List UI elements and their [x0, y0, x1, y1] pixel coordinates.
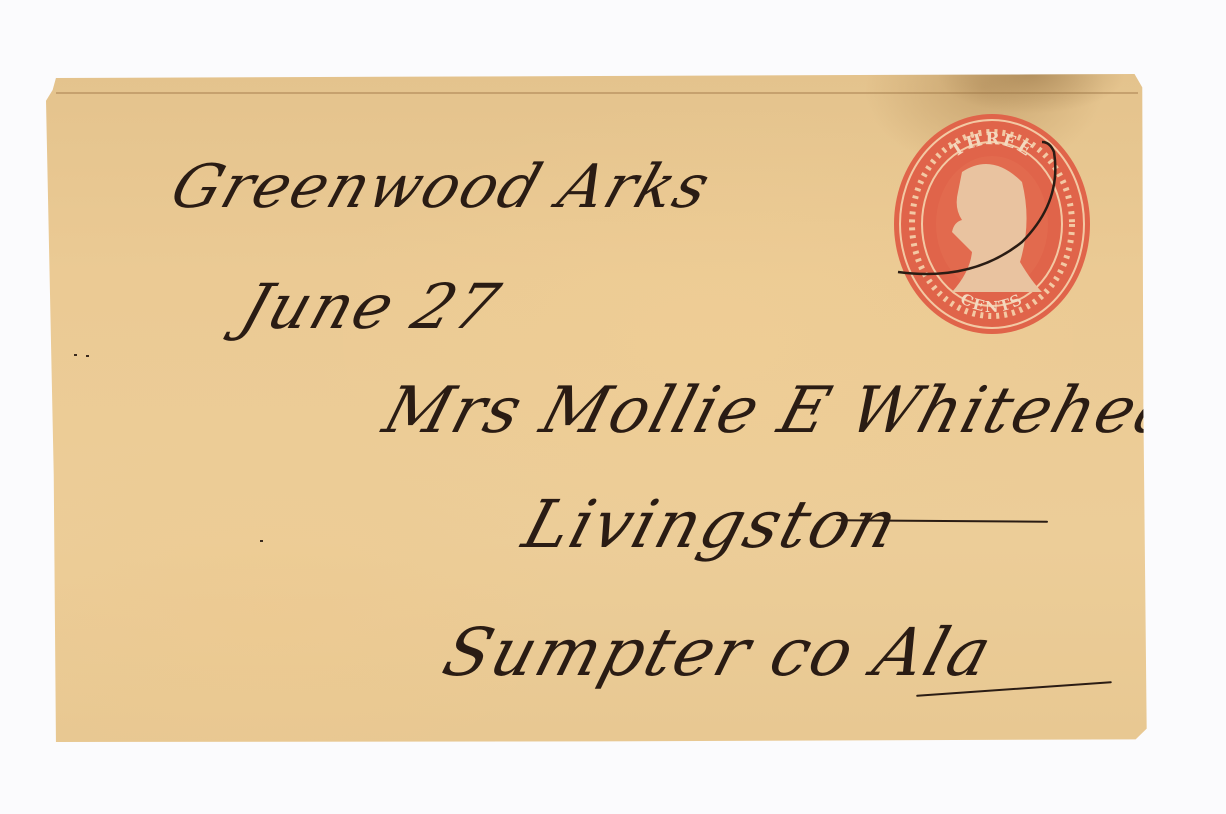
- embossed-stamp: THREE CENTS: [892, 112, 1092, 336]
- ink-speck: [74, 354, 77, 356]
- water-stain: [936, 74, 1126, 114]
- recipient-name: Mrs Mollie E Whitehead: [375, 374, 1226, 448]
- postmark-town: Greenwood Arks: [163, 152, 720, 222]
- ink-speck: [260, 540, 263, 542]
- postmark-date: June 27: [232, 270, 510, 343]
- recipient-county-state: Sumpter co Ala: [435, 614, 1002, 691]
- ink-speck: [86, 355, 89, 357]
- recipient-city: Livingston: [515, 486, 908, 563]
- stamp-graphic: THREE CENTS: [892, 112, 1092, 336]
- envelope: THREE CENTS Greenwood Arks June 27 Mrs M…: [46, 74, 1150, 742]
